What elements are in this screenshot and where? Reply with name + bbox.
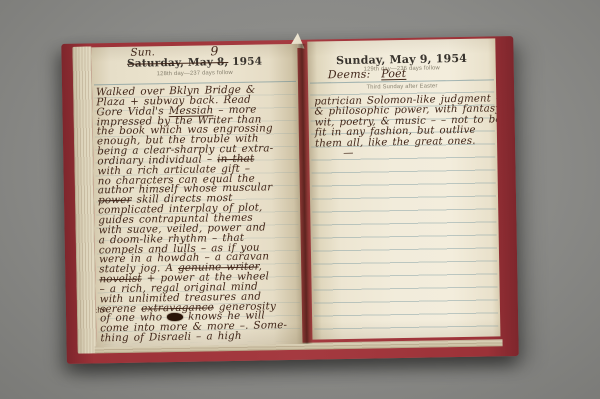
diary-entry-right: patrician Solomon-like judgment –& philo… [314,94,495,160]
printed-date-struck: Saturday, May 8, [127,56,229,70]
day-count-note: 128th day—237 days follow [92,69,298,79]
text-segment: them all, like the great ones. [315,135,476,149]
diary-entry-left: Walked over Bklyn Bridge &Plaza + subway… [96,85,301,344]
handwritten-heading: Deems: Poet [328,67,407,81]
left-page: Sun. 9 Saturday, May 8, 1954 128th day—2… [91,44,302,348]
diary-book: Sun. 9 Saturday, May 8, 1954 128th day—2… [59,38,518,358]
text-segment: Deems: [328,67,382,81]
photo-background: Sun. 9 Saturday, May 8, 1954 128th day—2… [0,0,600,399]
right-page: Sunday, May 9, 1954 129th day—236 days f… [307,38,500,339]
printed-year: 1954 [228,55,262,68]
text-segment: thing of Disraeli – a high [100,330,241,344]
handwritten-line: thing of Disraeli – a high [100,331,301,344]
printed-date: Saturday, May 8, 1954 [92,55,298,71]
text-segment: — [343,148,354,159]
underlined-text: Poet [381,67,406,80]
